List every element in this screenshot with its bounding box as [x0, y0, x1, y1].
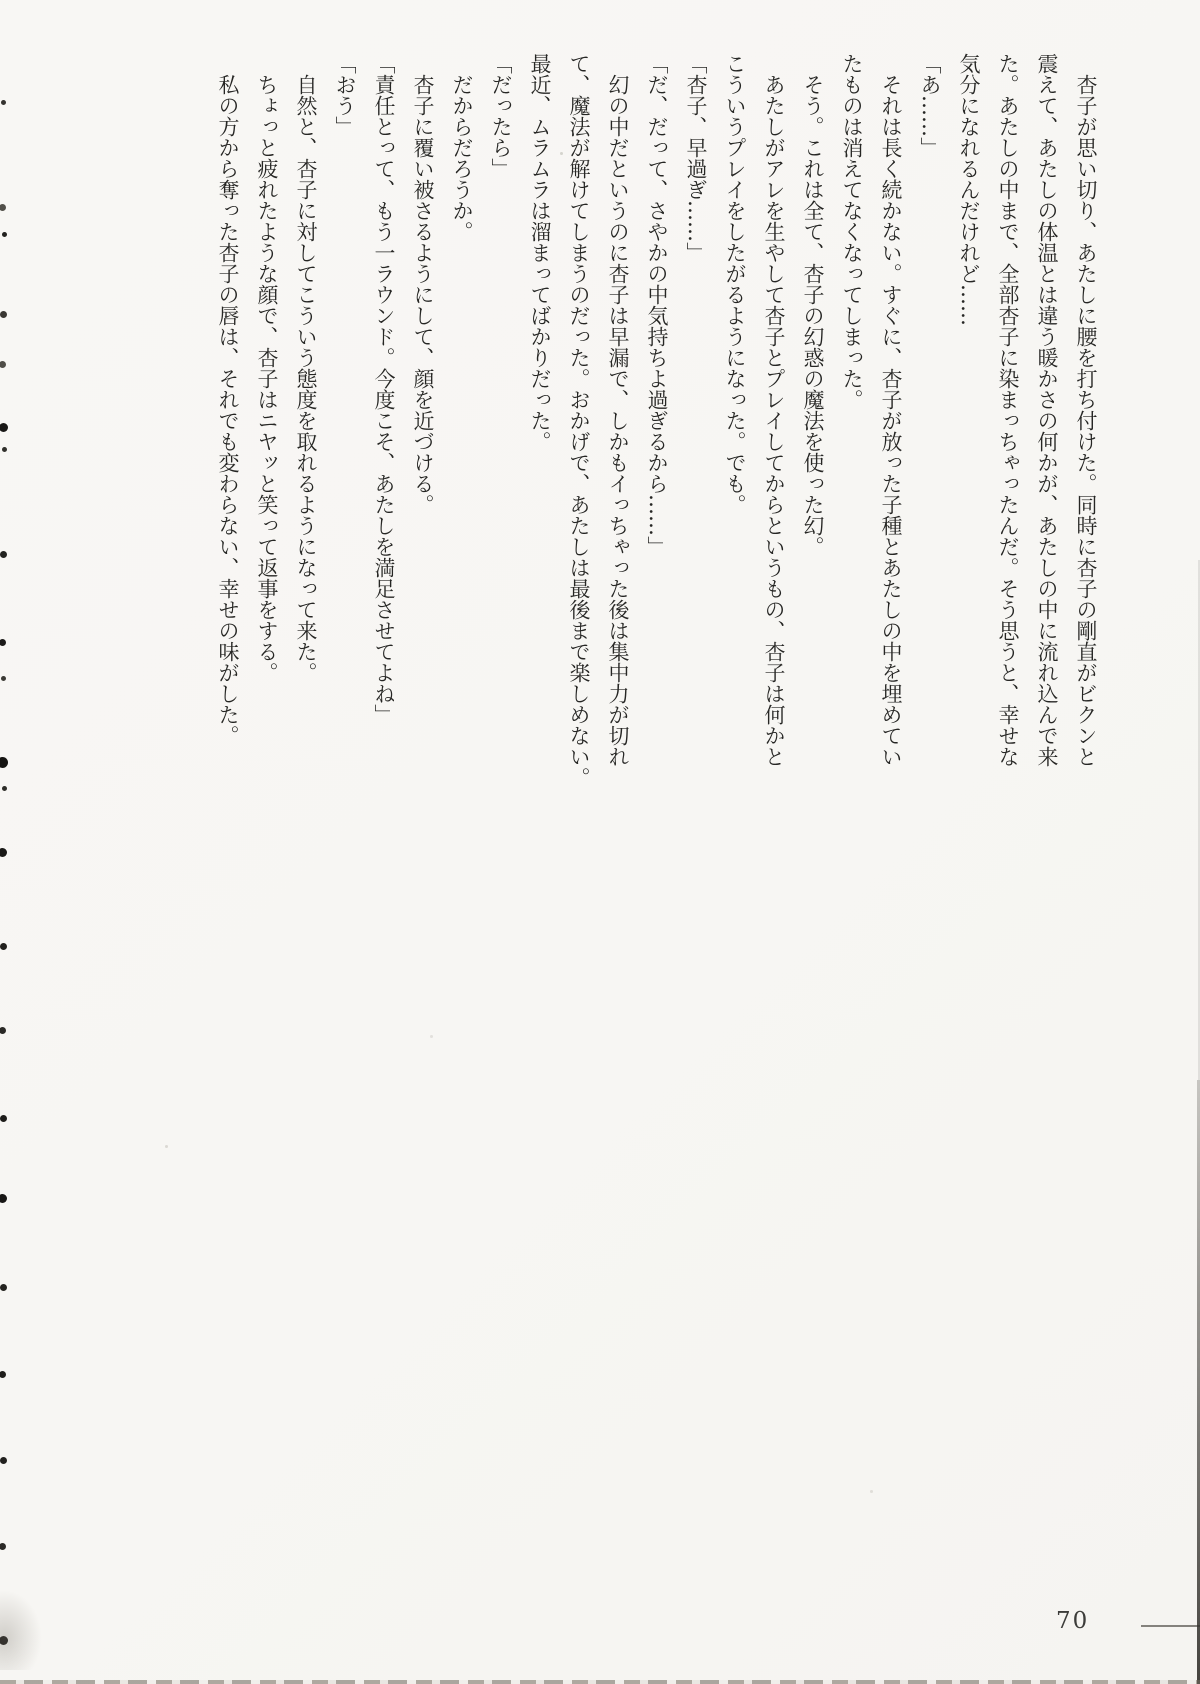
text-line: ちょっと疲れたような顔で、杏子はニヤッと笑って返事をする。 — [247, 53, 286, 828]
text-line: 気分になれるんだけれど…… — [949, 53, 988, 828]
text-line: 「だったら」 — [481, 53, 520, 828]
footer-rule — [1141, 1625, 1200, 1627]
text-line: 幻の中だというのに杏子は早漏で、しかもイっちゃった後は集中力が切れ — [598, 53, 637, 828]
text-line: 震えて、あたしの体温とは違う暖かさの何かが、あたしの中に流れ込んで来 — [1027, 53, 1066, 828]
text-line: 「責任とって、もう一ラウンド。今度こそ、あたしを満足させてよね」 — [364, 53, 403, 828]
text-line: 「おう」 — [325, 53, 364, 828]
bottom-edge-shadow — [0, 1680, 1200, 1684]
text-line: たものは消えてなくなってしまった。 — [832, 53, 871, 828]
scanned-book-page: 杏子が思い切り、あたしに腰を打ち付けた。同時に杏子の剛直がビクンと震えて、あたし… — [0, 0, 1200, 1684]
text-line: た。あたしの中まで、全部杏子に染まっちゃったんだ。そう思うと、幸せな — [988, 53, 1027, 828]
text-line: 「杏子、早過ぎ……」 — [676, 53, 715, 828]
text-line: 私の方から奪った杏子の唇は、それでも変わらない、幸せの味がした。 — [208, 53, 247, 828]
text-line: だからだろうか。 — [442, 53, 481, 828]
bottom-left-smudge — [0, 1590, 42, 1670]
text-line: 最近、ムラムラは溜まってばかりだった。 — [520, 53, 559, 828]
text-line: 杏子に覆い被さるようにして、顔を近づける。 — [403, 53, 442, 828]
text-line: こういうプレイをしたがるようになった。でも。 — [715, 53, 754, 828]
page-number: 70 — [1056, 1608, 1089, 1634]
vertical-text-block: 杏子が思い切り、あたしに腰を打ち付けた。同時に杏子の剛直がビクンと震えて、あたし… — [208, 53, 1105, 828]
text-line: 杏子が思い切り、あたしに腰を打ち付けた。同時に杏子の剛直がビクンと — [1066, 53, 1105, 828]
text-line: そう。これは全て、杏子の幻惑の魔法を使った幻。 — [793, 53, 832, 828]
text-line: あたしがアレを生やして杏子とプレイしてからというもの、杏子は何かと — [754, 53, 793, 828]
text-line: 自然と、杏子に対してこういう態度を取れるようになって来た。 — [286, 53, 325, 828]
text-line: 「だ、だって、さやかの中気持ちよ過ぎるから……」 — [637, 53, 676, 828]
text-line: て、魔法が解けてしまうのだった。おかげで、あたしは最後まで楽しめない。 — [559, 53, 598, 828]
text-line: それは長く続かない。すぐに、杏子が放った子種とあたしの中を埋めてい — [871, 53, 910, 828]
text-line: 「あ……」 — [910, 53, 949, 828]
paper-dust-specks — [0, 0, 3, 3]
